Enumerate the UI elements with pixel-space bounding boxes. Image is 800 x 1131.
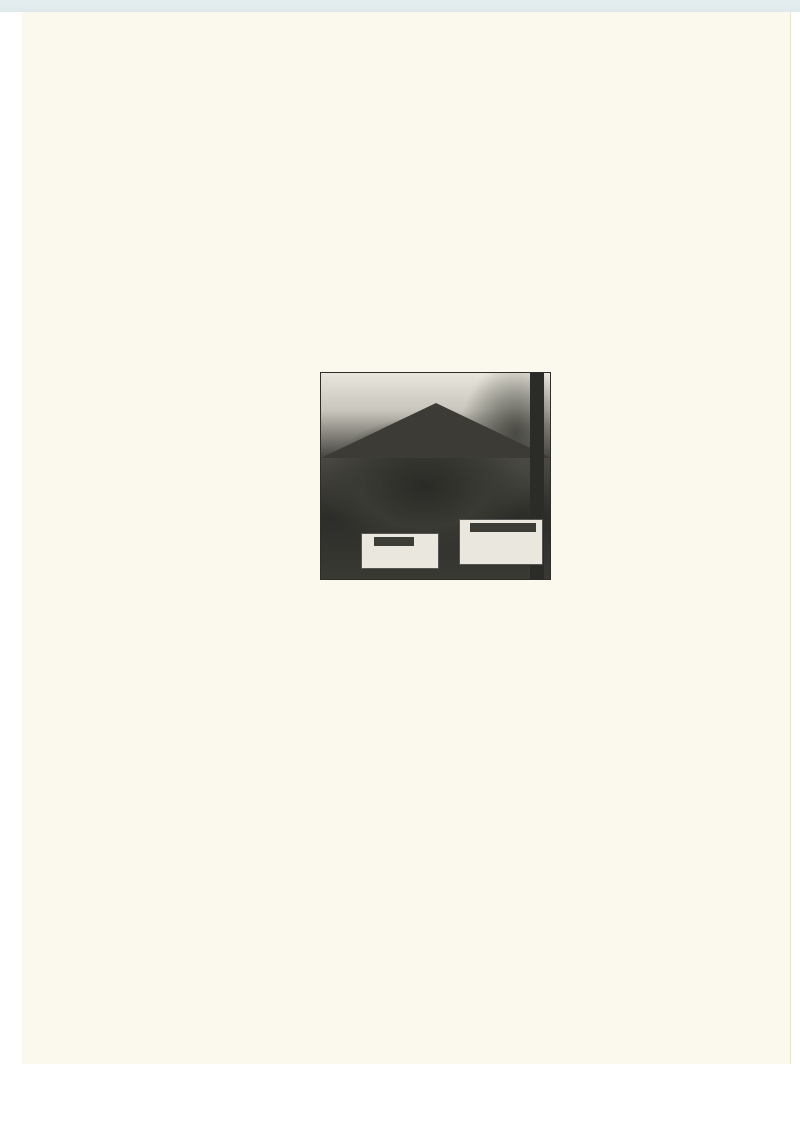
police-van [361,533,439,569]
house-roof [321,403,551,458]
paragraph-plans [132,600,141,645]
scanner-top-strip [0,0,800,12]
house-photo [320,372,551,580]
paragraph-occupation [132,178,141,223]
police-van [459,519,543,565]
